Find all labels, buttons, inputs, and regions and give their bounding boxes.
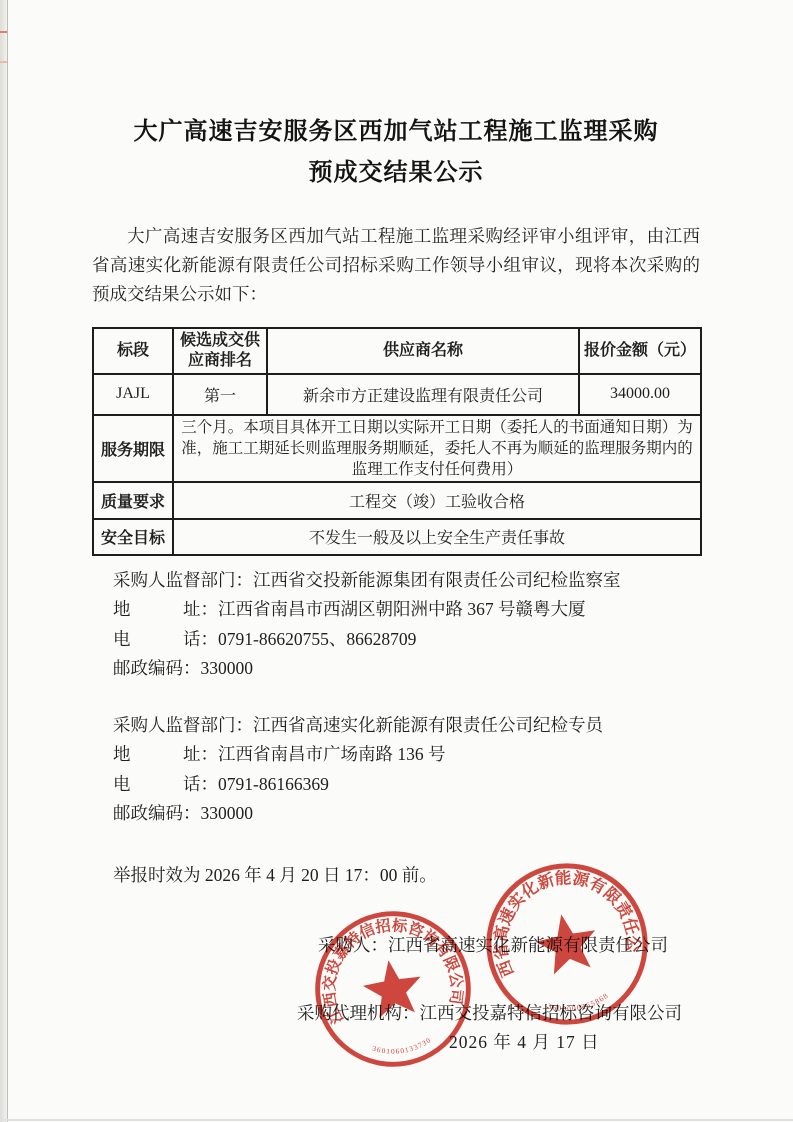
scan-mark <box>0 31 7 33</box>
scan-mark <box>0 61 7 63</box>
scan-edge-artifact <box>0 1119 793 1121</box>
header-supplier: 供应商名称 <box>267 328 579 374</box>
value-service-period: 三个月。本项目具体开工日期以实际开工日期（委托人的书面通知日期）为准，施工工期延… <box>173 415 701 482</box>
purchaser-seal-stamp: 江西省高速实化新能源有限责任公司 3600000265868 <box>469 846 666 1043</box>
header-section: 标段 <box>93 328 173 374</box>
table-row: 质量要求 工程交（竣）工验收合格 <box>93 482 701 519</box>
supervision-dept: 采购人监督部门：江西省高速实化新能源有限责任公司纪检专员 <box>113 711 700 741</box>
table-header-row: 标段 候选成交供应商排名 供应商名称 报价金额（元） <box>93 328 701 374</box>
cell-section: JAJL <box>93 374 173 415</box>
intro-paragraph: 大广高速吉安服务区西加气站工程施工监理采购经评审小组评审，由江西省高速实化新能源… <box>92 222 700 309</box>
header-rank: 候选成交供应商排名 <box>173 328 267 374</box>
table-row: 安全目标 不发生一般及以上安全生产责任事故 <box>93 519 701 555</box>
agency-seal-stamp: 江西交投嘉特信招标咨询有限公司 3601060133730 <box>300 896 485 1081</box>
result-table: 标段 候选成交供应商排名 供应商名称 报价金额（元） JAJL 第一 新余市方正… <box>92 327 702 556</box>
seal-star-icon <box>360 956 426 1020</box>
supervision-address: 地 址：江西省南昌市广场南路 136 号 <box>113 740 700 770</box>
title-line-1: 大广高速吉安服务区西加气站工程施工监理采购 <box>92 112 700 153</box>
label-safety: 安全目标 <box>93 519 173 555</box>
seal-graphic: 江西交投嘉特信招标咨询有限公司 3601060133730 <box>300 896 485 1081</box>
supervision-block-2: 采购人监督部门：江西省高速实化新能源有限责任公司纪检专员 地 址：江西省南昌市广… <box>92 711 700 829</box>
cell-supplier: 新余市方正建设监理有限责任公司 <box>267 374 579 415</box>
header-price: 报价金额（元） <box>579 328 701 374</box>
supervision-postcode: 邮政编码：330000 <box>113 654 700 684</box>
supervision-block-1: 采购人监督部门：江西省交投新能源集团有限责任公司纪检监察室 地 址：江西省南昌市… <box>92 566 700 684</box>
supervision-postcode: 邮政编码：330000 <box>113 799 700 829</box>
document-title: 大广高速吉安服务区西加气站工程施工监理采购 预成交结果公示 <box>92 112 700 194</box>
seal-star-icon <box>531 909 602 977</box>
supervision-address: 地 址：江西省南昌市西湖区朝阳洲中路 367 号赣粤大厦 <box>113 595 700 625</box>
cell-price: 34000.00 <box>579 374 701 415</box>
value-quality: 工程交（竣）工验收合格 <box>173 482 701 519</box>
title-line-2: 预成交结果公示 <box>92 153 700 194</box>
table-row: JAJL 第一 新余市方正建设监理有限责任公司 34000.00 <box>93 374 701 415</box>
supervision-phone: 电 话：0791-86166369 <box>113 770 700 800</box>
cell-rank: 第一 <box>173 374 267 415</box>
supervision-phone: 电 话：0791-86620755、86628709 <box>113 625 700 655</box>
label-service-period: 服务期限 <box>93 415 173 482</box>
supervision-dept: 采购人监督部门：江西省交投新能源集团有限责任公司纪检监察室 <box>113 566 700 596</box>
scanned-notice-page: 大广高速吉安服务区西加气站工程施工监理采购 预成交结果公示 大广高速吉安服务区西… <box>0 0 793 1122</box>
scan-edge-artifact <box>0 0 8 1122</box>
seal-graphic: 江西省高速实化新能源有限责任公司 3600000265868 <box>469 846 666 1043</box>
table-row: 服务期限 三个月。本项目具体开工日期以实际开工日期（委托人的书面通知日期）为准，… <box>93 415 701 482</box>
label-quality: 质量要求 <box>93 482 173 519</box>
value-safety: 不发生一般及以上安全生产责任事故 <box>173 519 701 555</box>
